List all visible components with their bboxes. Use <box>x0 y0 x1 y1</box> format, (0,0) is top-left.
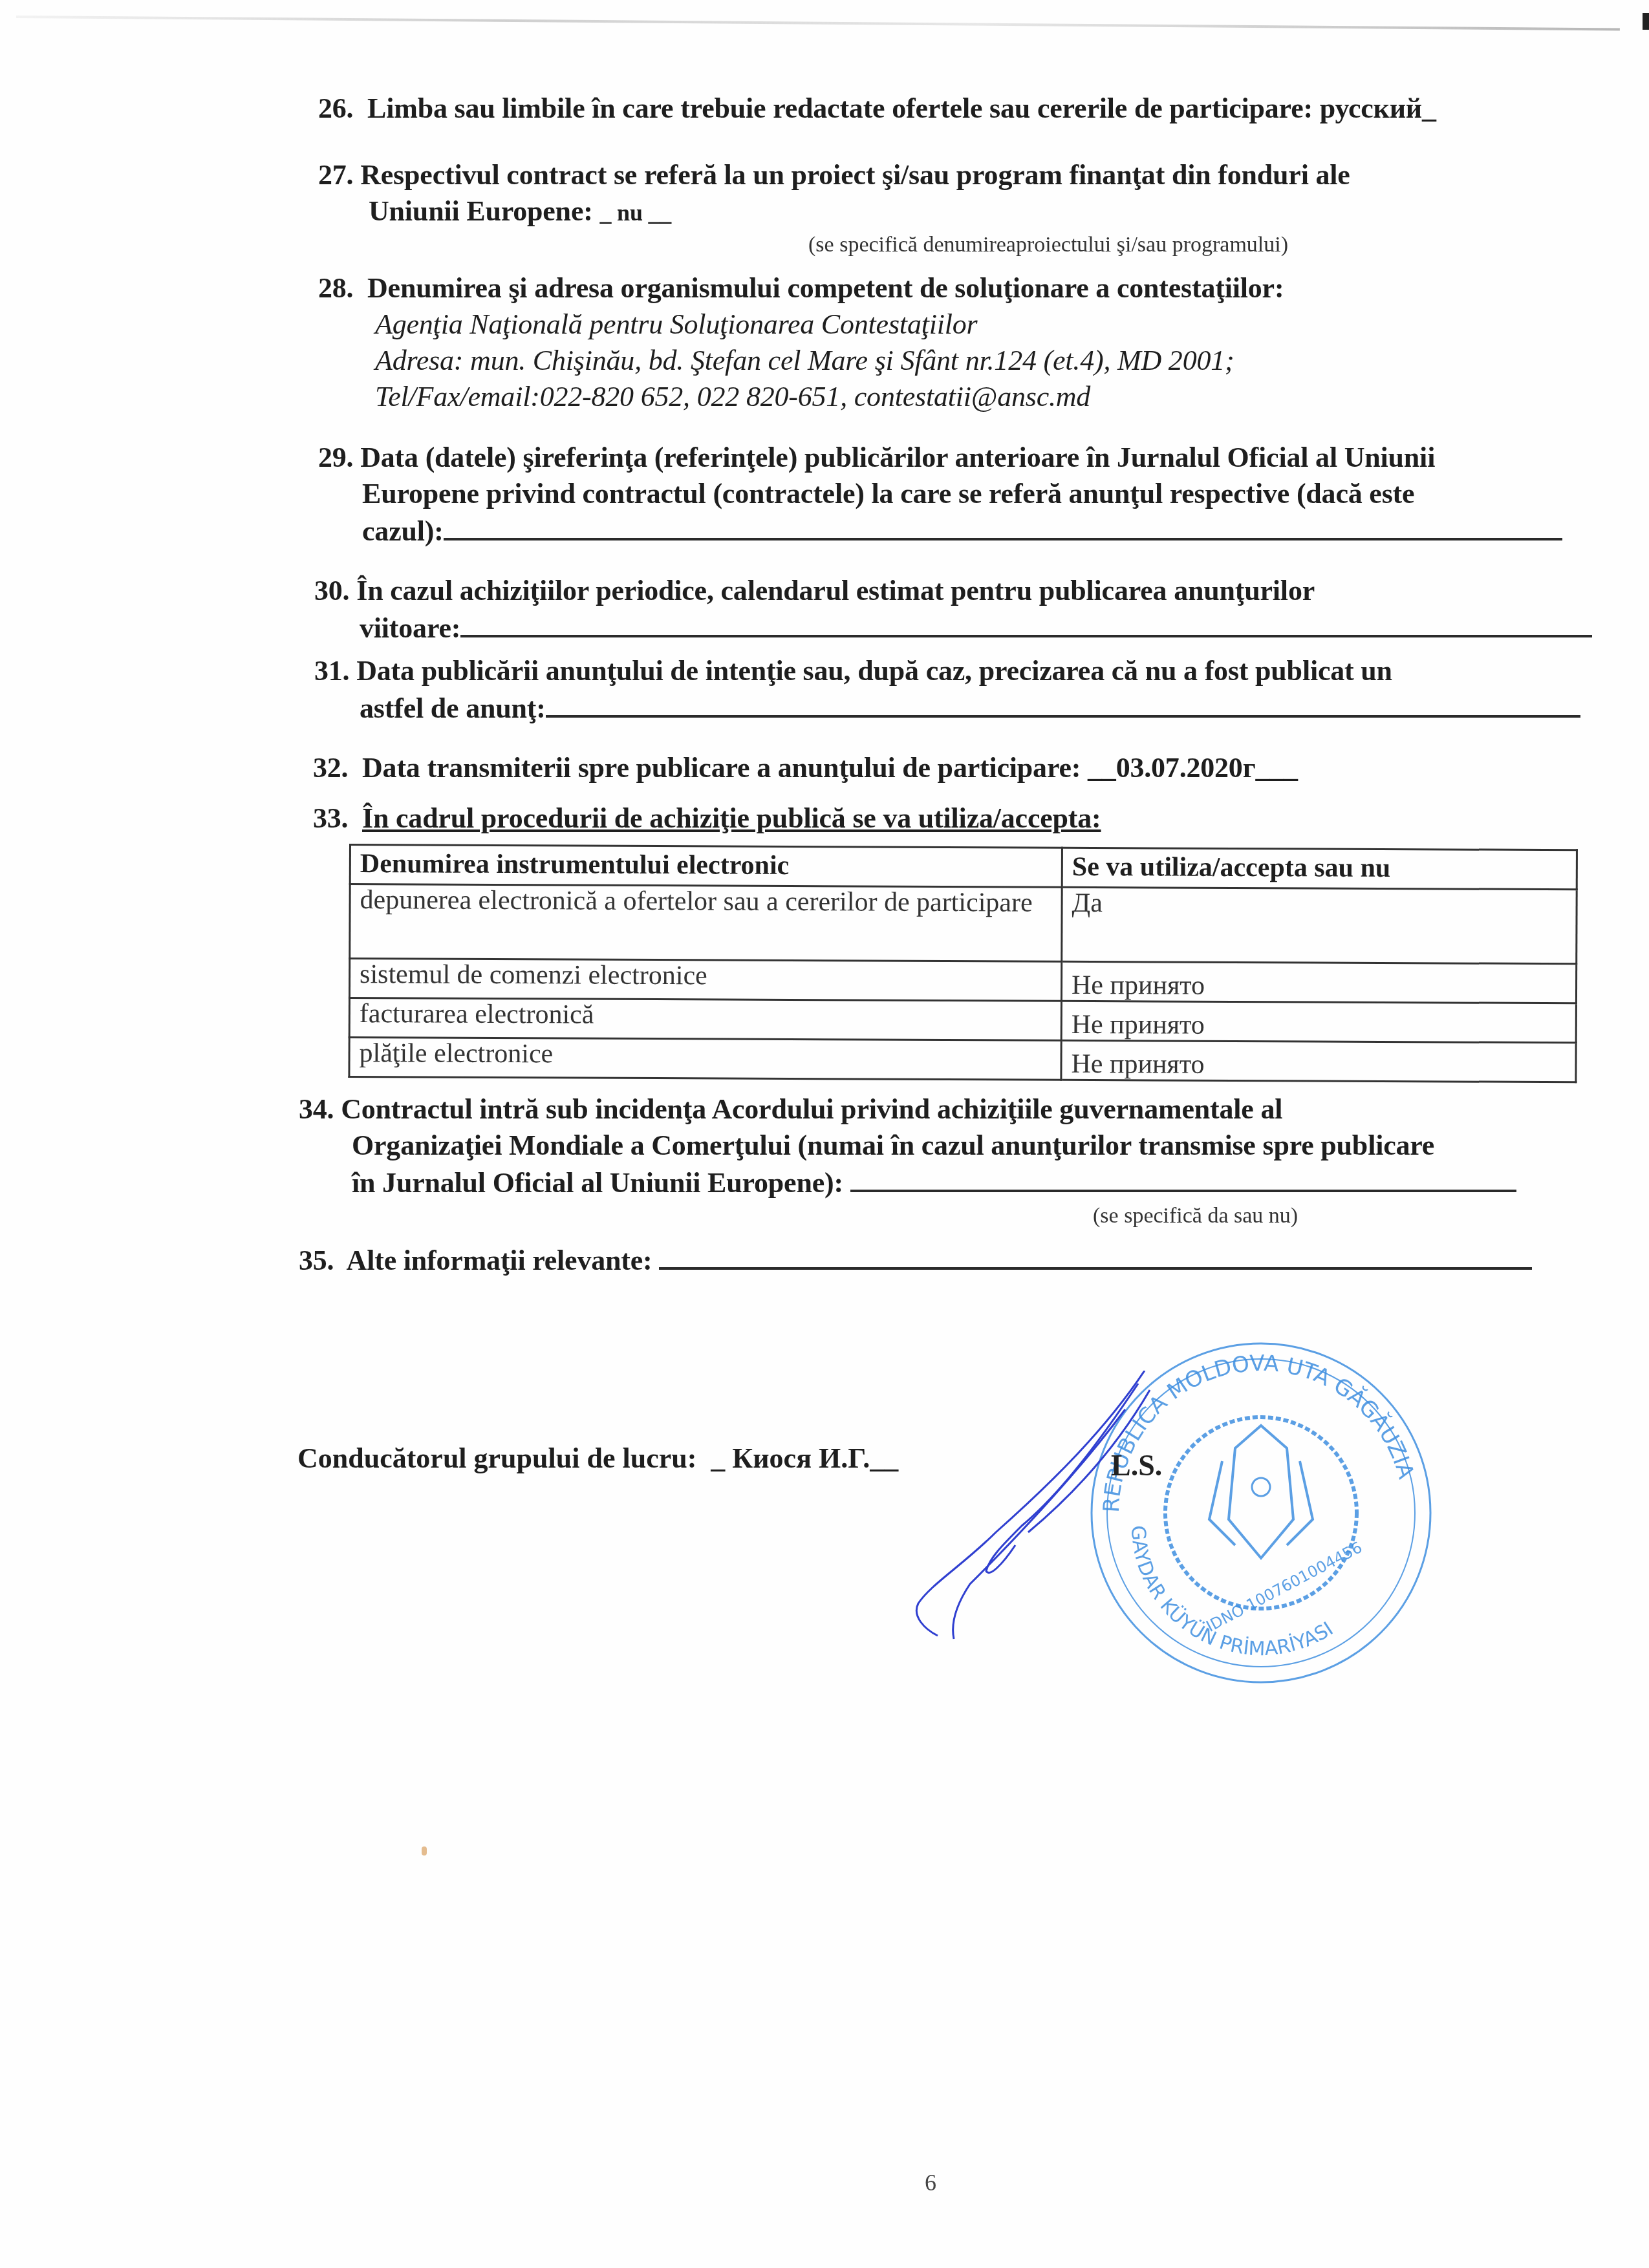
transmission-date-value: __03.07.2020г___ <box>1088 752 1298 784</box>
item-34-note: (se specifică da sau nu) <box>1093 1204 1298 1228</box>
item-number: 26. <box>318 91 353 127</box>
ls-mark: L.S. <box>1111 1448 1162 1482</box>
item-text-line3: în Jurnalul Oficial al Uniunii Europene)… <box>352 1167 843 1199</box>
item-28: 28. Denumirea şi adresa organismului com… <box>318 270 1284 415</box>
item-number: 28. <box>318 270 353 306</box>
item-32: 32. Data transmiterii spre publicare a a… <box>313 750 1298 786</box>
scan-speck <box>422 1846 427 1856</box>
item-34: 34. Contractul intră sub incidenţa Acord… <box>299 1091 1516 1201</box>
item-text: Alte informaţii relevante: <box>347 1245 652 1276</box>
signature-label: Conducătorul grupului de lucru: <box>297 1442 696 1474</box>
instrument-usage: Не принято <box>1061 1001 1576 1042</box>
intent-notice-date-field[interactable] <box>546 689 1580 718</box>
item-29: 29. Data (datele) şireferinţa (referinţe… <box>318 440 1562 550</box>
table-row: sistemul de comenzi electronice Не приня… <box>349 959 1576 1003</box>
instrument-usage: Не принято <box>1061 961 1576 1003</box>
instrument-name: plăţile electronice <box>349 1038 1061 1080</box>
item-30: 30. În cazul achiziţiilor periodice, cal… <box>314 573 1592 647</box>
item-number: 29. <box>318 440 353 476</box>
gpa-applicability-field[interactable] <box>850 1164 1516 1192</box>
item-number: 27. <box>318 157 353 193</box>
previous-publications-field[interactable] <box>444 512 1562 540</box>
stamp-bottom-text: GAYDAR KÜYÜN PRİMARİYASI <box>1126 1524 1337 1660</box>
table-header-row: Denumirea instrumentului electronic Se v… <box>350 845 1577 890</box>
header-usage: Se va utiliza/accepta sau nu <box>1062 848 1577 889</box>
item-text-line2: Uniunii Europene: <box>369 195 593 227</box>
scan-edge-line <box>16 16 1620 30</box>
other-info-field[interactable] <box>659 1241 1532 1270</box>
signatory-name: _ Киося И.Г.__ <box>711 1442 898 1474</box>
eu-funds-value: _ nu __ <box>599 200 671 226</box>
item-number: 34. <box>299 1091 334 1128</box>
agency-address: Adresa: mun. Chişinău, bd. Ştefan cel Ma… <box>318 343 1284 379</box>
handwritten-signature-icon <box>892 1371 1151 1642</box>
item-text: Denumirea şi adresa organismului compete… <box>367 272 1284 304</box>
item-35: 35. Alte informaţii relevante: <box>299 1241 1532 1279</box>
item-number: 32. <box>313 750 348 786</box>
item-text: Data transmiterii spre publicare a anunţ… <box>362 752 1081 784</box>
item-text-line2: Organizaţiei Mondiale a Comerţului (numa… <box>299 1128 1516 1164</box>
signature-block: Conducătorul grupului de lucru: _ Киося … <box>297 1442 898 1475</box>
agency-contact: Tel/Fax/email:022-820 652, 022 820-651, … <box>318 379 1284 415</box>
item-text-line2: viitoare: <box>360 612 460 644</box>
item-text-line1: Contractul intră sub incidenţa Acordului… <box>341 1093 1282 1125</box>
item-number: 35. <box>299 1243 334 1279</box>
instrument-usage: Не принято <box>1061 1040 1576 1082</box>
item-31: 31. Data publicării anunţului de intenţi… <box>314 653 1580 727</box>
instrument-name: depunerea electronică a ofertelor sau a … <box>350 884 1062 962</box>
electronic-instruments-table: Denumirea instrumentului electronic Se v… <box>348 844 1578 1083</box>
svg-text:GAYDAR KÜYÜN PRİMARİYASI: GAYDAR KÜYÜN PRİMARİYASI <box>1126 1524 1337 1660</box>
item-33: 33. În cadrul procedurii de achiziţie pu… <box>313 800 1101 837</box>
item-text-line2: astfel de anunţ: <box>360 692 546 724</box>
agency-name: Agenţia Naţională pentru Soluţionarea Co… <box>318 306 1284 343</box>
table-row: depunerea electronică a ofertelor sau a … <box>350 884 1577 964</box>
item-text-line2: Europene privind contractul (contractele… <box>318 476 1562 512</box>
periodic-calendar-field[interactable] <box>460 609 1592 637</box>
instrument-name: facturarea electronică <box>349 998 1061 1041</box>
instrument-name: sistemul de comenzi electronice <box>349 959 1061 1001</box>
header-instrument-name: Denumirea instrumentului electronic <box>350 845 1062 888</box>
item-number: 31. <box>314 653 349 689</box>
item-text-line1: Respectivul contract se referă la un pro… <box>360 159 1350 191</box>
item-text-line3: cazul): <box>362 515 444 547</box>
item-26: 26. Limba sau limbile în care trebuie re… <box>318 91 1436 127</box>
item-text-line1: Data (datele) şireferinţa (referinţele) … <box>360 442 1435 473</box>
table-row: facturarea electronică Не принято <box>349 998 1576 1043</box>
item-27-note: (se specifică denumireaproiectului şi/sa… <box>808 233 1288 257</box>
table-row: plăţile electronice Не принято <box>349 1038 1576 1082</box>
item-27: 27. Respectivul contract se referă la un… <box>318 157 1350 231</box>
item-text-line1: Data publicării anunţului de intenţie sa… <box>356 655 1392 687</box>
scan-edge-mark <box>1643 13 1649 30</box>
language-value: русский_ <box>1320 92 1436 124</box>
item-text: În cadrul procedurii de achiziţie public… <box>362 802 1101 834</box>
page-number: 6 <box>925 2169 936 2196</box>
item-number: 33. <box>313 800 348 837</box>
item-number: 30. <box>314 573 349 609</box>
instrument-usage: Да <box>1062 887 1577 963</box>
item-text: Limba sau limbile în care trebuie redact… <box>367 92 1313 124</box>
stamp-idno: IDNO 1007601004456 <box>1203 1538 1365 1636</box>
item-text-line1: În cazul achiziţiilor periodice, calenda… <box>356 575 1315 606</box>
